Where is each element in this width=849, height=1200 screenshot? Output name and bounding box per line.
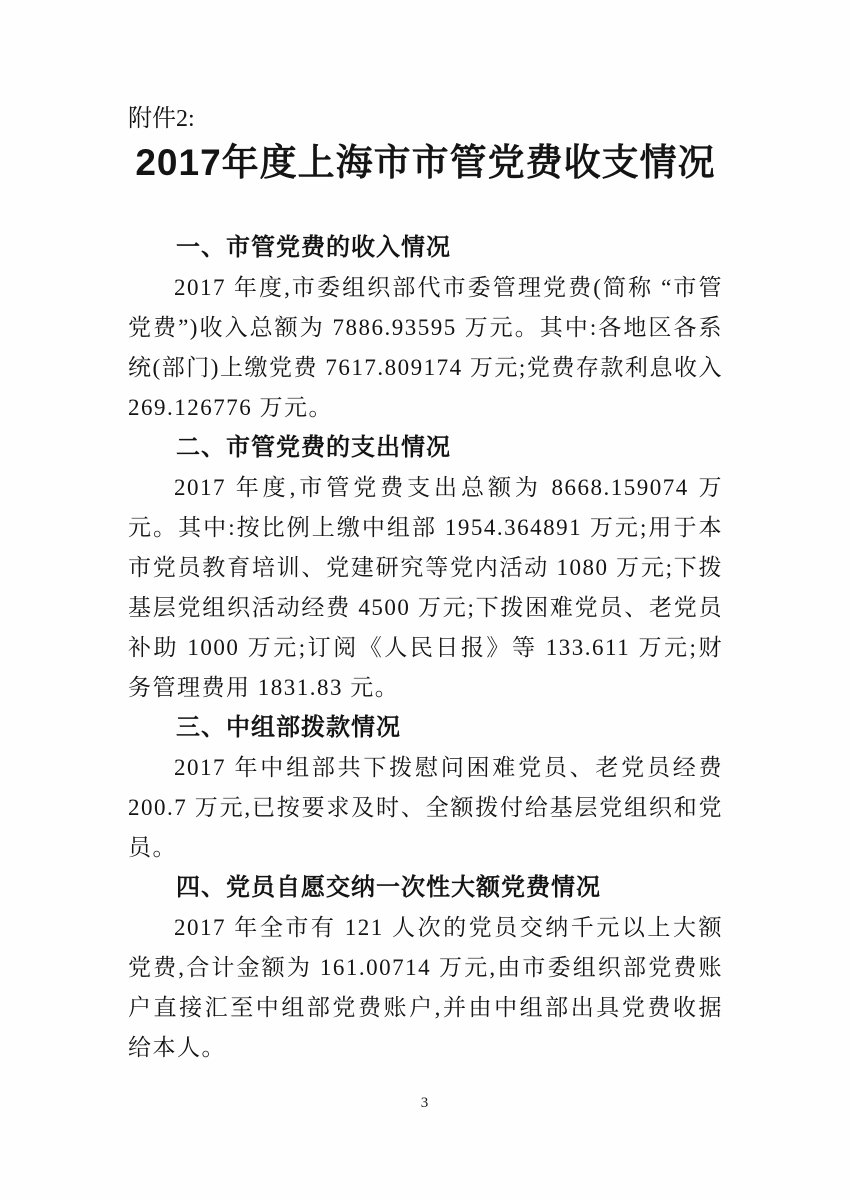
section-paragraph-income: 2017 年度,市委组织部代市委管理党费(简称 “市管党费”)收入总额为 788… — [128, 268, 723, 428]
document-body: 一、市管党费的收入情况 2017 年度,市委组织部代市委管理党费(简称 “市管党… — [128, 228, 723, 1068]
page-number: 3 — [0, 1095, 849, 1112]
document-page: 附件2: 2017年度上海市市管党费收支情况 一、市管党费的收入情况 2017 … — [0, 0, 849, 1200]
document-title: 2017年度上海市市管党费收支情况 — [128, 140, 723, 186]
attachment-label: 附件2: — [128, 104, 723, 134]
section-heading-income: 一、市管党费的收入情况 — [128, 228, 723, 268]
section-paragraph-central-allocation: 2017 年中组部共下拨慰问困难党员、老党员经费 200.7 万元,已按要求及时… — [128, 748, 723, 868]
section-paragraph-voluntary-dues: 2017 年全市有 121 人次的党员交纳千元以上大额党费,合计金额为 161.… — [128, 908, 723, 1068]
section-heading-voluntary-dues: 四、党员自愿交纳一次性大额党费情况 — [128, 868, 723, 908]
section-paragraph-expenditure: 2017 年度,市管党费支出总额为 8668.159074 万元。其中:按比例上… — [128, 468, 723, 708]
section-heading-central-allocation: 三、中组部拨款情况 — [128, 708, 723, 748]
section-heading-expenditure: 二、市管党费的支出情况 — [128, 428, 723, 468]
